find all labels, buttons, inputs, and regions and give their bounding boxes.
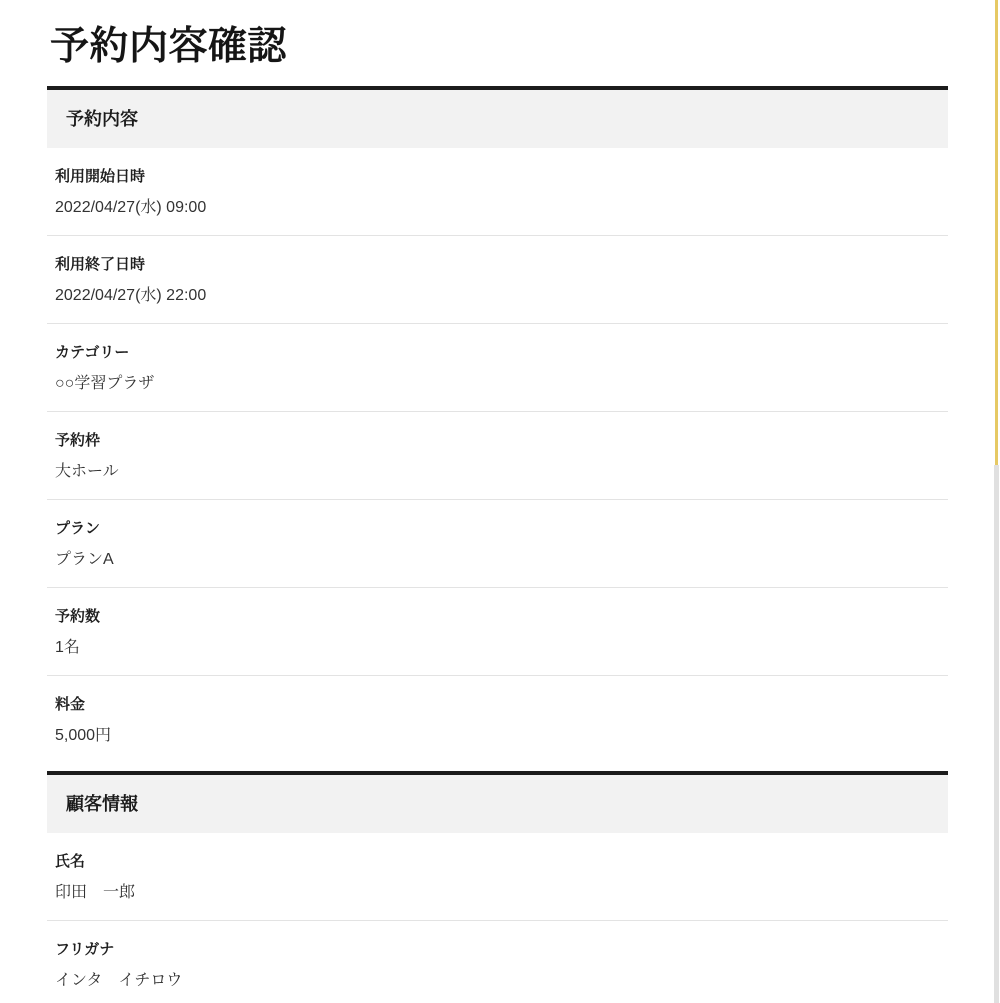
field-row: 氏名印田 一郎 xyxy=(47,833,948,921)
field-value: 印田 一郎 xyxy=(55,883,940,903)
field-label: 利用開始日時 xyxy=(55,168,940,185)
field-value: インタ イチロウ xyxy=(55,971,940,991)
field-label: 氏名 xyxy=(55,853,940,870)
field-label: 利用終了日時 xyxy=(55,256,940,273)
section-header: 予約内容 xyxy=(47,86,948,148)
field-label: フリガナ xyxy=(55,941,940,958)
field-row: 料金5,000円 xyxy=(47,676,948,763)
field-value: ○○学習プラザ xyxy=(55,374,940,394)
field-value: 大ホール xyxy=(55,462,940,482)
field-label: 料金 xyxy=(55,696,940,713)
section: 顧客情報氏名印田 一郎フリガナインタ イチロウ xyxy=(47,771,948,1003)
field-value: 2022/04/27(水) 22:00 xyxy=(55,286,940,306)
field-row: 予約枠大ホール xyxy=(47,412,948,500)
field-value: 5,000円 xyxy=(55,726,940,746)
field-row: 利用開始日時2022/04/27(水) 09:00 xyxy=(47,148,948,236)
field-label: カテゴリー xyxy=(55,344,940,361)
field-label: 予約枠 xyxy=(55,432,940,449)
page-title: 予約内容確認 xyxy=(50,27,948,66)
scrollbar-track[interactable] xyxy=(994,465,999,1003)
section: 予約内容利用開始日時2022/04/27(水) 09:00利用終了日時2022/… xyxy=(47,86,948,763)
field-row: カテゴリー○○学習プラザ xyxy=(47,324,948,412)
field-row: 予約数1名 xyxy=(47,588,948,676)
field-label: 予約数 xyxy=(55,608,940,625)
reservation-confirmation-page: 予約内容確認 予約内容利用開始日時2022/04/27(水) 09:00利用終了… xyxy=(0,0,948,1003)
field-label: プラン xyxy=(55,520,940,537)
sections-container: 予約内容利用開始日時2022/04/27(水) 09:00利用終了日時2022/… xyxy=(47,86,948,1003)
field-value: 2022/04/27(水) 09:00 xyxy=(55,198,940,218)
scrollbar-thumb[interactable] xyxy=(995,0,998,465)
field-value: 1名 xyxy=(55,638,940,658)
field-value: プランA xyxy=(55,550,940,570)
field-row: プランプランA xyxy=(47,500,948,588)
section-header: 顧客情報 xyxy=(47,771,948,833)
field-row: フリガナインタ イチロウ xyxy=(47,921,948,1003)
field-row: 利用終了日時2022/04/27(水) 22:00 xyxy=(47,236,948,324)
